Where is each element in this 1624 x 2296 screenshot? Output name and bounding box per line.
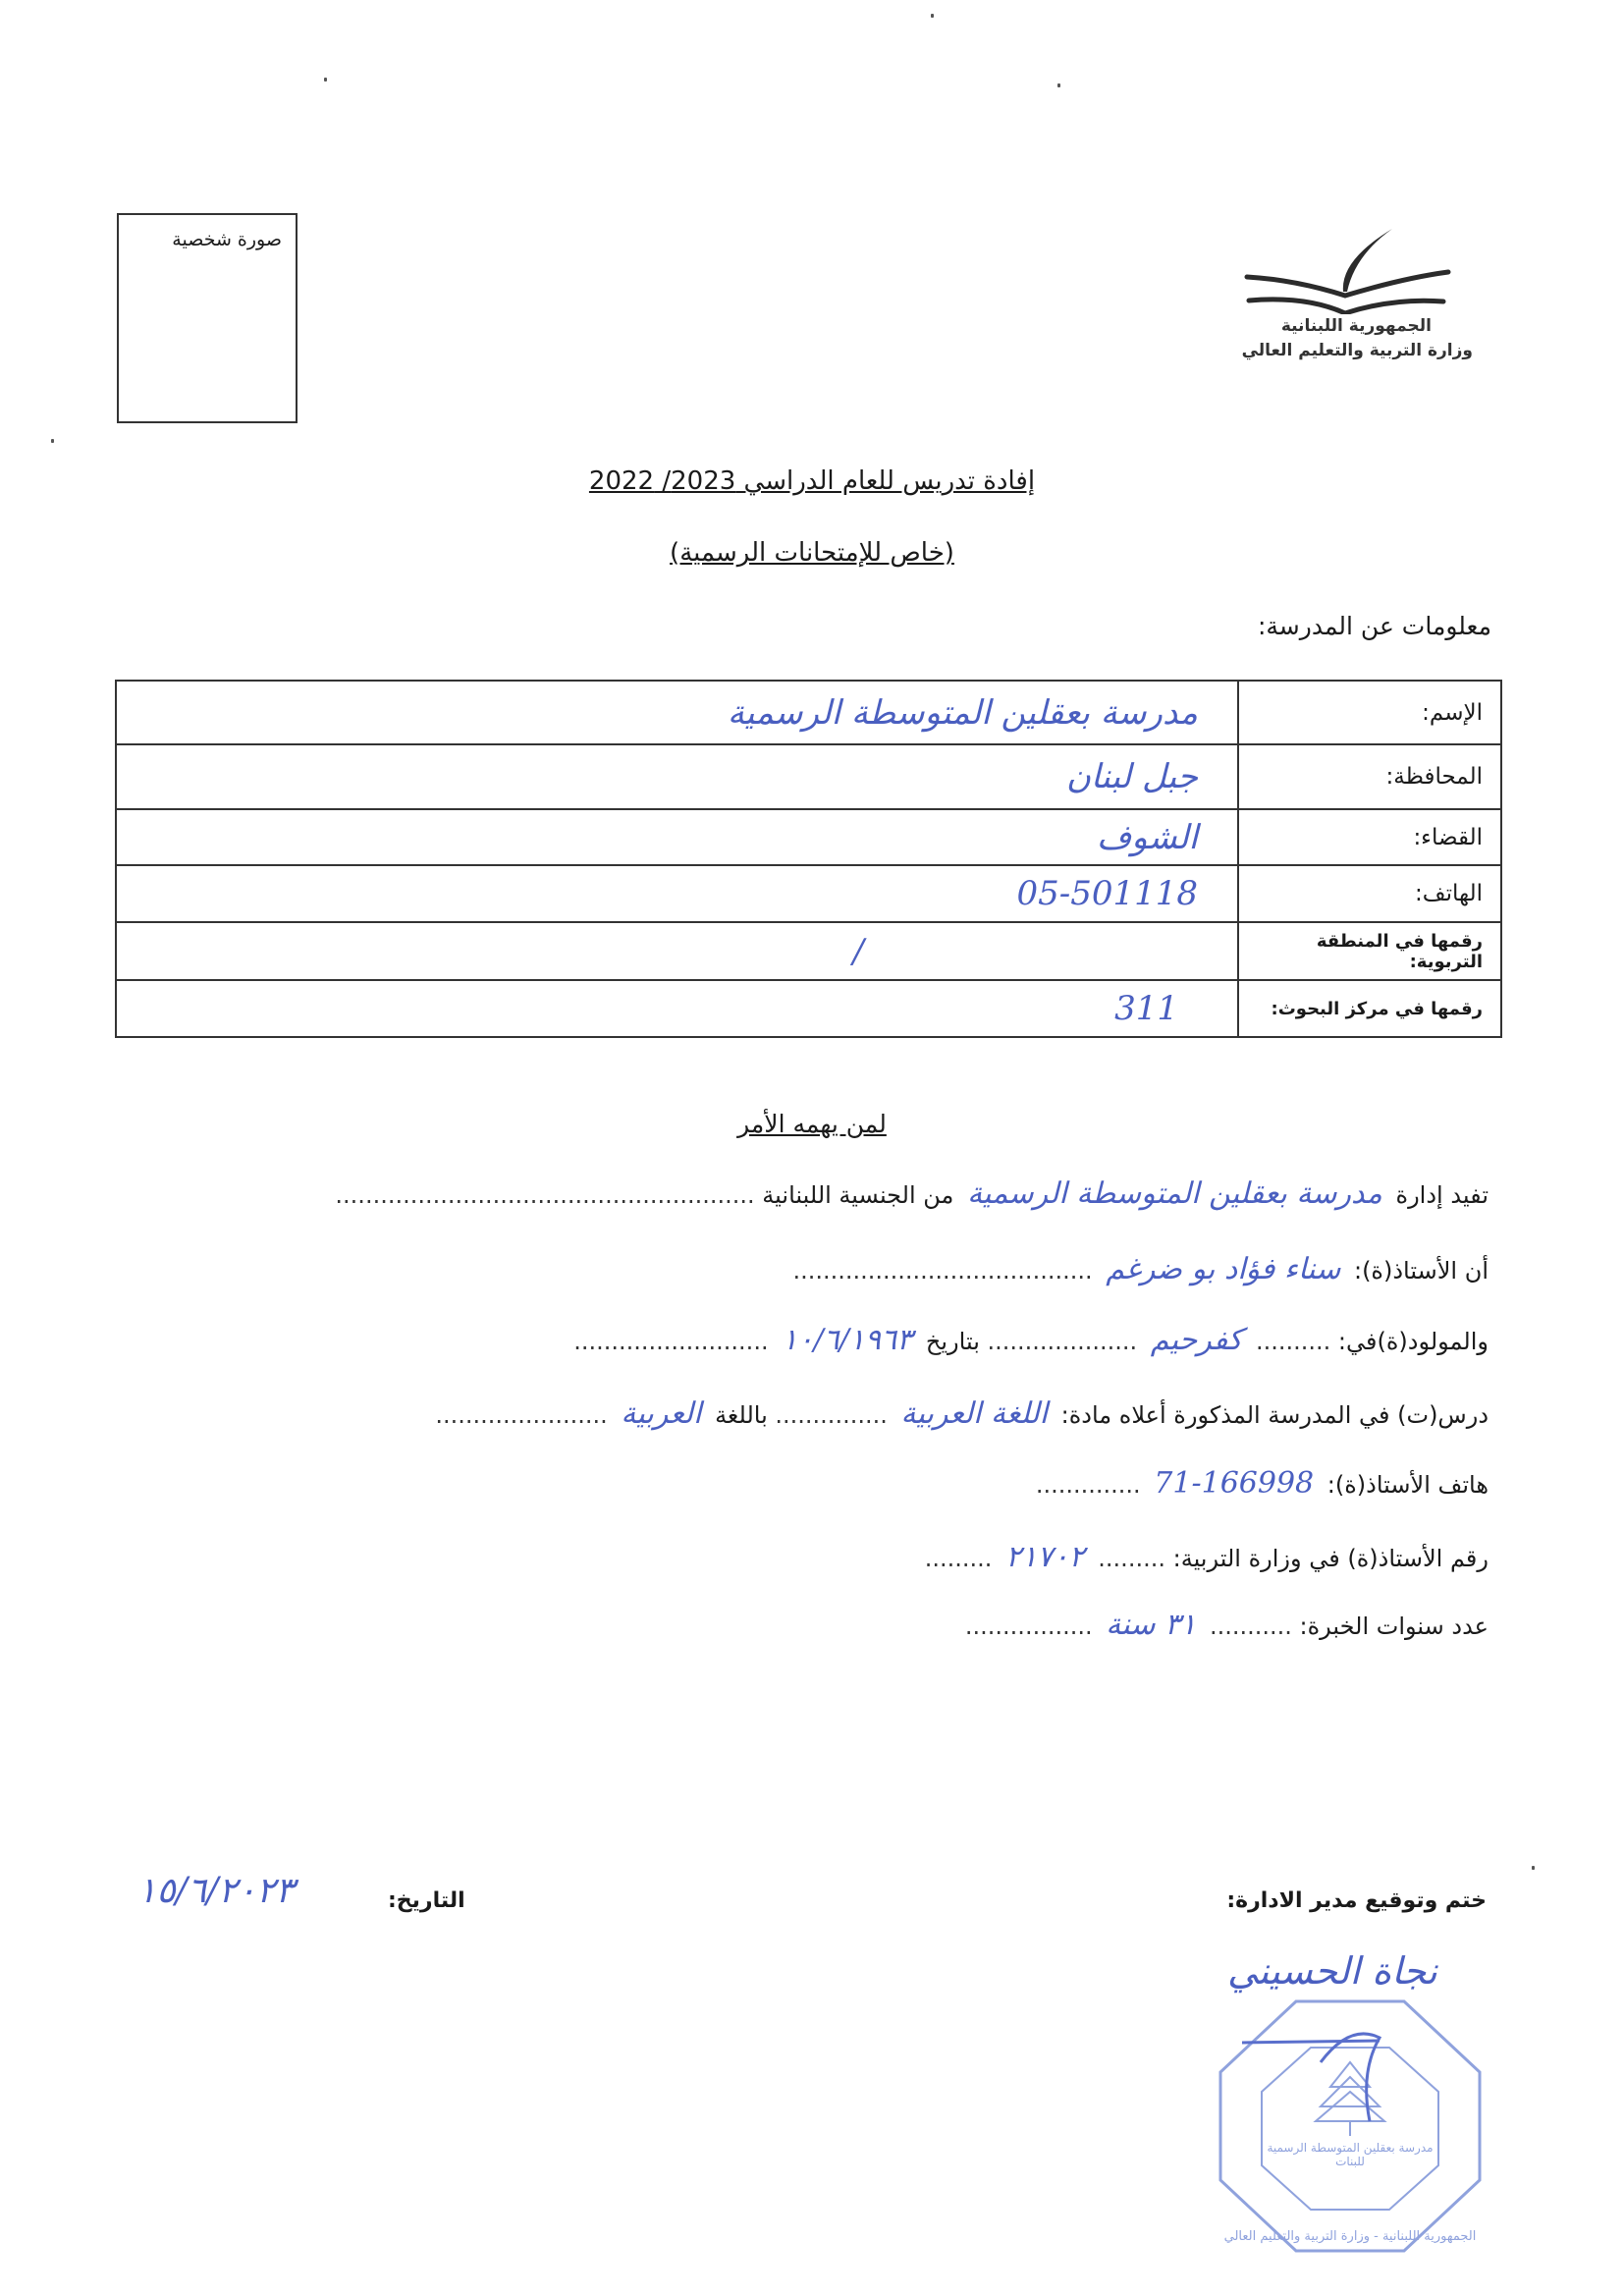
- scan-speck: [1057, 83, 1060, 87]
- teacher-phone-line: هاتف الأستاذ(ة): 71-166998 .............…: [1036, 1466, 1489, 1501]
- logo-ministry-text: وزارة التربية والتعليم العالي: [1242, 341, 1473, 360]
- subject-line: درس(ت) في المدرسة المذكورة أعلاه مادة: ا…: [435, 1396, 1489, 1431]
- ministry-number-prefix: رقم الأستاذ(ة) في وزارة التربية:: [1173, 1545, 1489, 1572]
- governorate-value: جبل لبنان: [116, 744, 1238, 809]
- taught-prefix: درس(ت) في المدرسة المذكورة أعلاه مادة:: [1061, 1401, 1489, 1429]
- school-name-label: الإسم:: [1238, 681, 1501, 744]
- teacher-phone-value: 71-166998: [1154, 1466, 1314, 1501]
- photo-box-label: صورة شخصية: [172, 229, 282, 250]
- dotted-line: ....................: [988, 1328, 1138, 1355]
- teacher-name-value: سناء فؤاد بو ضرغم: [1106, 1252, 1340, 1286]
- dotted-line: .........: [1098, 1545, 1165, 1572]
- birth-date-prefix: بتاريخ: [926, 1328, 980, 1355]
- dotted-line: ..........................: [573, 1328, 768, 1355]
- school-stamp: مدرسة بعقلين المتوسطة الرسمية للبنات الج…: [1203, 1994, 1488, 2259]
- scan-speck: [324, 78, 327, 82]
- dotted-line: ..............: [1036, 1471, 1141, 1499]
- dotted-line: ..........: [1256, 1328, 1330, 1355]
- ministry-number-line: رقم الأستاذ(ة) في وزارة التربية: .......…: [925, 1540, 1489, 1574]
- subject-value: اللغة العربية: [900, 1396, 1048, 1431]
- birth-date-value: ١٠/٦/١٩٦٣: [782, 1323, 912, 1357]
- cedar-tree-icon: [1316, 2062, 1384, 2136]
- table-row: الهاتف: 05-501118: [116, 865, 1501, 922]
- school-name-value: مدرسة بعقلين المتوسطة الرسمية: [116, 681, 1238, 744]
- dotted-line: ........................................…: [335, 1181, 754, 1209]
- dotted-line: ........................................: [792, 1257, 1092, 1285]
- date-value: ١٥/٦/٢٠٢٣: [137, 1871, 295, 1911]
- dotted-line: ...............: [775, 1401, 887, 1429]
- teacher-line: أن الأستاذ(ة): سناء فؤاد بو ضرغم .......…: [792, 1252, 1489, 1286]
- edu-region-number-value: /: [116, 922, 1238, 980]
- admin-school-value: مدرسة بعقلين المتوسطة الرسمية: [967, 1176, 1382, 1211]
- stamp-inner-text: مدرسة بعقلين المتوسطة الرسمية للبنات: [1267, 2141, 1434, 2168]
- dotted-line: .......................: [435, 1401, 607, 1429]
- birth-place-prefix: والمولود(ة)في:: [1338, 1328, 1489, 1355]
- director-signature: نجاة الحسيني: [1227, 1949, 1437, 1993]
- governorate-label: المحافظة:: [1238, 744, 1501, 809]
- district-value: الشوف: [116, 809, 1238, 865]
- teacher-phone-prefix: هاتف الأستاذ(ة):: [1327, 1471, 1489, 1499]
- stamp-outer-text: الجمهورية اللبنانية - وزارة التربية والت…: [1222, 2229, 1478, 2244]
- table-row: رقمها في مركز البحوث: 311: [116, 980, 1501, 1037]
- dotted-line: .........: [925, 1545, 993, 1572]
- phone-value: 05-501118: [116, 865, 1238, 922]
- experience-line: عدد سنوات الخبرة: ........... ٣١ سنة ...…: [965, 1608, 1489, 1642]
- signature-label: ختم وتوقيع مدير الادارة:: [1226, 1888, 1487, 1913]
- to-whom-it-may-concern-heading: لمن يهمه الأمر: [0, 1110, 1624, 1138]
- octagon-stamp-icon: [1203, 1994, 1488, 2259]
- birth-line: والمولود(ة)في: .......... كفرحيم .......…: [573, 1323, 1489, 1357]
- scan-speck: [1532, 1866, 1535, 1870]
- ministry-logo: الجمهورية اللبنانية وزارة التربية والتعل…: [1227, 221, 1492, 368]
- date-label: التاريخ:: [388, 1888, 465, 1913]
- table-row: رقمها في المنطقة التربوية: /: [116, 922, 1501, 980]
- school-info-heading: معلومات عن المدرسة:: [1258, 612, 1491, 640]
- table-row: القضاء: الشوف: [116, 809, 1501, 865]
- document-subtitle: (خاص للإمتحانات الرسمية): [0, 538, 1624, 568]
- nationality-text: من الجنسية اللبنانية: [762, 1181, 953, 1209]
- table-row: الإسم: مدرسة بعقلين المتوسطة الرسمية: [116, 681, 1501, 744]
- logo-republic-text: الجمهورية اللبنانية: [1281, 316, 1432, 336]
- research-center-number-value: 311: [116, 980, 1238, 1037]
- table-row: المحافظة: جبل لبنان: [116, 744, 1501, 809]
- personal-photo-box: صورة شخصية: [117, 213, 298, 423]
- district-label: القضاء:: [1238, 809, 1501, 865]
- teacher-prefix: أن الأستاذ(ة):: [1354, 1257, 1489, 1285]
- experience-value: ٣١ سنة: [1106, 1608, 1196, 1642]
- experience-prefix: عدد سنوات الخبرة:: [1300, 1613, 1489, 1640]
- birth-place-value: كفرحيم: [1151, 1323, 1243, 1357]
- admin-line: تفيد إدارة مدرسة بعقلين المتوسطة الرسمية…: [335, 1176, 1489, 1211]
- school-info-table: الإسم: مدرسة بعقلين المتوسطة الرسمية الم…: [115, 680, 1502, 1038]
- language-value: العربية: [621, 1396, 701, 1431]
- research-center-number-label: رقمها في مركز البحوث:: [1238, 980, 1501, 1037]
- document-title: إفادة تدريس للعام الدراسي 2023/ 2022: [0, 466, 1624, 496]
- scan-speck: [51, 439, 54, 443]
- dotted-line: .................: [965, 1613, 1093, 1640]
- edu-region-number-label: رقمها في المنطقة التربوية:: [1238, 922, 1501, 980]
- dotted-line: ...........: [1210, 1613, 1292, 1640]
- open-book-logo-icon: [1227, 221, 1492, 314]
- ministry-number-value: ٢١٧٠٢: [1005, 1540, 1085, 1574]
- scan-speck: [931, 14, 934, 18]
- admin-prefix: تفيد إدارة: [1396, 1181, 1489, 1209]
- phone-label: الهاتف:: [1238, 865, 1501, 922]
- language-prefix: باللغة: [715, 1401, 768, 1429]
